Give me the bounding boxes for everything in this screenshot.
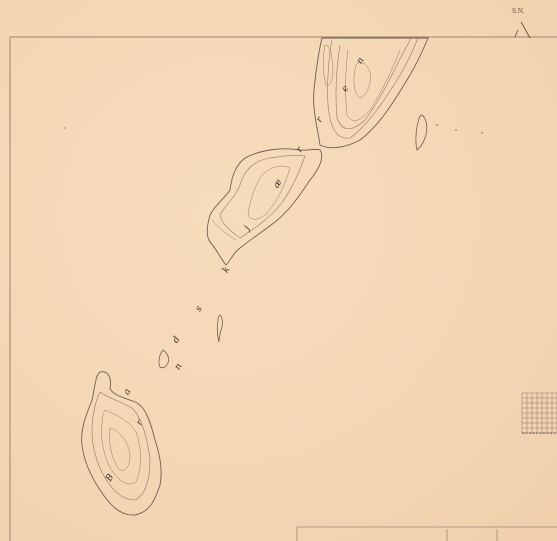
north-marker-label: S.N. (512, 8, 525, 15)
small-islet-southwest (159, 350, 169, 368)
map-frame (10, 37, 557, 541)
north-island (314, 38, 428, 148)
islets (159, 115, 427, 368)
south-island (82, 372, 162, 515)
title-cartouche (297, 527, 557, 541)
north-arrow-icon (515, 22, 530, 38)
map-canvas (0, 0, 557, 541)
middle-island (207, 149, 321, 265)
small-islet-center (217, 315, 222, 342)
scale-grid (522, 393, 557, 433)
survey-dots (64, 124, 482, 134)
small-islet-east (416, 115, 427, 150)
